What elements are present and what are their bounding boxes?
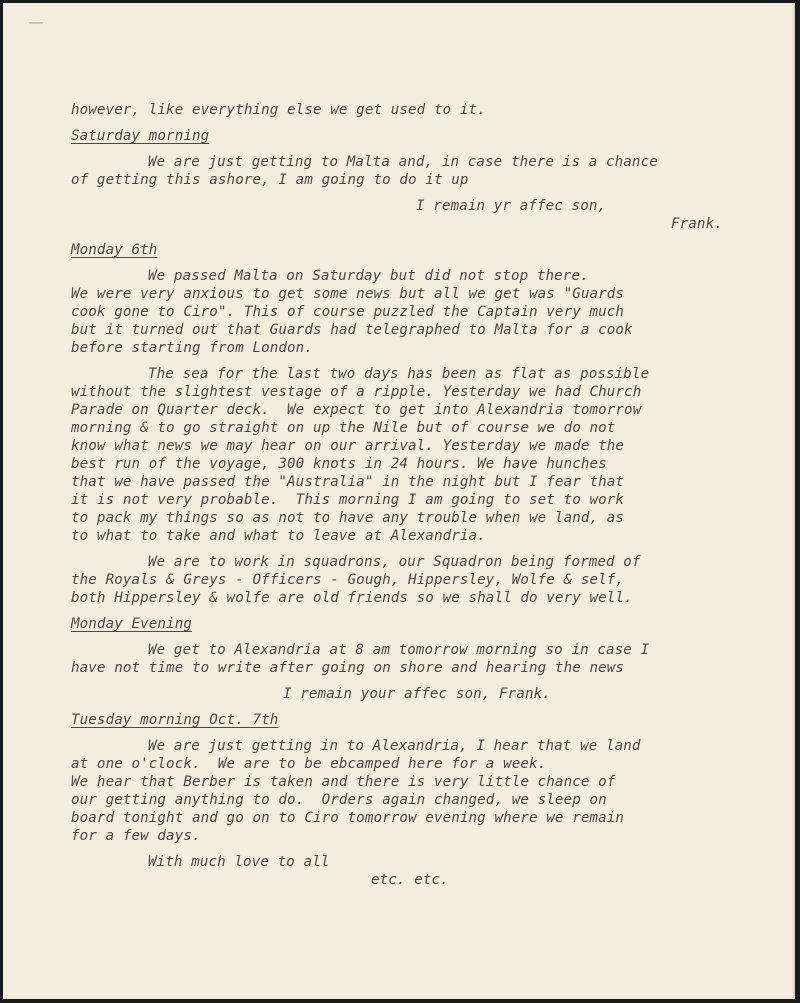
closing-line: I remain your affec son, Frank. xyxy=(71,685,771,703)
paragraph-line: to pack my things so as not to have any … xyxy=(71,509,771,527)
paragraph-line: but it turned out that Guards had telegr… xyxy=(71,321,771,339)
closing-line: I remain yr affec son, xyxy=(71,197,771,215)
paragraph-line: We are just getting in to Alexandria, I … xyxy=(71,737,771,755)
paragraph-line: to what to take and what to leave at Ale… xyxy=(71,527,771,545)
paper-smudge-mark xyxy=(29,22,43,24)
section-heading-tuesday-morning: Tuesday morning Oct. 7th xyxy=(71,711,771,729)
signature: Frank. xyxy=(71,215,771,233)
paragraph-line: both Hippersley & wolfe are old friends … xyxy=(71,589,771,607)
paragraph-line: have not time to write after going on sh… xyxy=(71,659,771,677)
paragraph-line: cook gone to Ciro". This of course puzzl… xyxy=(71,303,771,321)
paragraph-line: We are to work in squadrons, our Squadro… xyxy=(71,553,771,571)
paragraph-line: it is not very probable. This morning I … xyxy=(71,491,771,509)
paragraph-line: best run of the voyage, 300 knots in 24 … xyxy=(71,455,771,473)
paragraph-line: morning & to go straight on up the Nile … xyxy=(71,419,771,437)
paragraph-line: that we have passed the "Australia" in t… xyxy=(71,473,771,491)
typewritten-letter-page: however, like everything else we get use… xyxy=(3,3,795,999)
section-heading-monday-6th: Monday 6th xyxy=(71,241,771,259)
paragraph-line: We get to Alexandria at 8 am tomorrow mo… xyxy=(71,641,771,659)
paragraph-line: We passed Malta on Saturday but did not … xyxy=(71,267,771,285)
paragraph-line: before starting from London. xyxy=(71,339,771,357)
paragraph-line: Parade on Quarter deck. We expect to get… xyxy=(71,401,771,419)
paragraph-line: We hear that Berber is taken and there i… xyxy=(71,773,771,791)
opening-line: however, like everything else we get use… xyxy=(71,101,771,119)
closing-line: With much love to all xyxy=(71,853,771,871)
paragraph-line: at one o'clock. We are to be ebcamped he… xyxy=(71,755,771,773)
paragraph-line: know what news we may hear on our arriva… xyxy=(71,437,771,455)
paragraph-line: without the slightest vestage of a rippl… xyxy=(71,383,771,401)
paragraph-line: We were very anxious to get some news bu… xyxy=(71,285,771,303)
section-heading-monday-evening: Monday Evening xyxy=(71,615,771,633)
signature: etc. etc. xyxy=(71,871,771,889)
paragraph-line: of getting this ashore, I am going to do… xyxy=(71,171,771,189)
paragraph-line: board tonight and go on to Ciro tomorrow… xyxy=(71,809,771,827)
paragraph-line: our getting anything to do. Orders again… xyxy=(71,791,771,809)
paragraph-line: We are just getting to Malta and, in cas… xyxy=(71,153,771,171)
paragraph-line: for a few days. xyxy=(71,827,771,845)
letter-body: however, like everything else we get use… xyxy=(71,101,771,889)
paragraph-line: The sea for the last two days has been a… xyxy=(71,365,771,383)
paragraph-line: the Royals & Greys - Officers - Gough, H… xyxy=(71,571,771,589)
section-heading-saturday-morning: Saturday morning xyxy=(71,127,771,145)
